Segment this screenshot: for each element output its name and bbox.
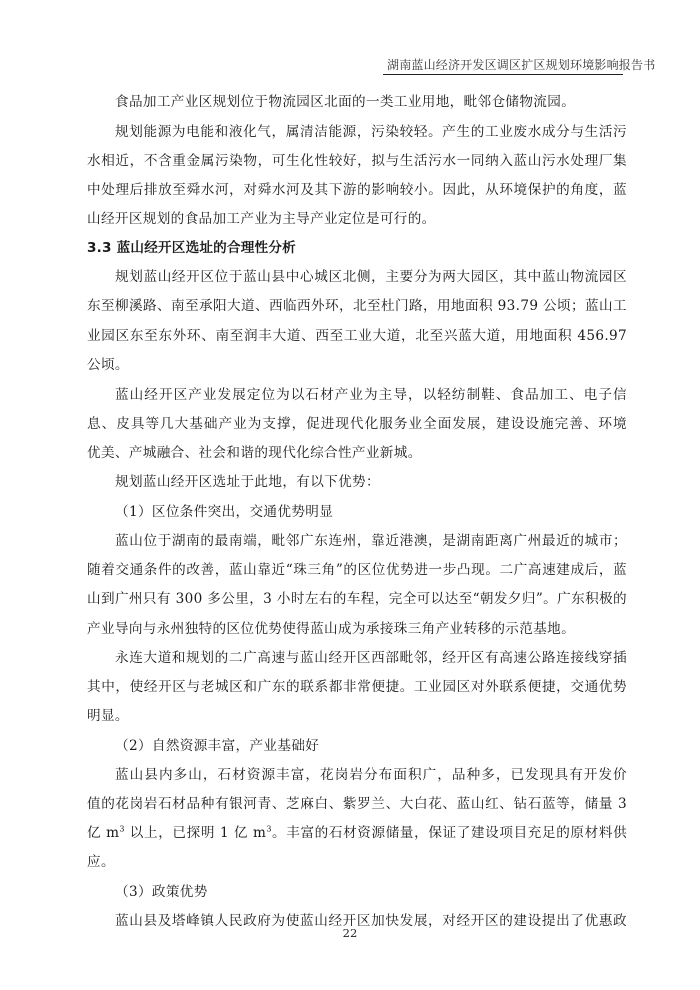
subsection-heading: （1）区位条件突出，交通优势明显 (115, 500, 333, 524)
paragraph-line: 蓝山县内多山，石材资源丰富，花岗岩分布面积广，品种多，已发现具有开发价 (115, 763, 627, 787)
paragraph-line: 息、皮具等几大基础产业为支撑，促进现代化服务业全面发展，建设设施完善、环境 (87, 412, 627, 436)
paragraph-line: 规划能源为电能和液化气，属清洁能源，污染较轻。产生的工业废水成分与生活污 (115, 120, 627, 144)
paragraph-line: 永连大道和规划的二广高速与蓝山经开区西部毗邻，经开区有高速公路连接线穿插 (115, 646, 627, 670)
subsection-heading: （3）政策优势 (115, 880, 208, 904)
paragraph-line: 亿 m3 以上，已探明 1 亿 m3。丰富的石材资源储量，保证了建设项目充足的原… (87, 821, 627, 845)
paragraph-line: 优美、产城融合、社会和谐的现代化综合性产业新城。 (87, 441, 422, 465)
paragraph-line: 蓝山经开区产业发展定位为以石材产业为主导，以轻纺制鞋、食品加工、电子信 (115, 383, 627, 407)
paragraph-line: 随着交通条件的改善，蓝山靠近“珠三角”的区位优势进一步凸现。二广高速建成后，蓝 (87, 558, 627, 582)
paragraph-line: 应。 (87, 850, 115, 874)
text-fragment: 以上，已探明 1 亿 m (125, 825, 266, 841)
paragraph-line: 水相近，不含重金属污染物，可生化性较好，拟与生活污水一同纳入蓝山污水处理厂集 (87, 149, 627, 173)
paragraph-line: 规划蓝山经开区选址于此地，有以下优势： (115, 470, 380, 494)
paragraph-line: 产业导向与永州独特的区位优势使得蓝山成为承接珠三角产业转移的示范基地。 (87, 617, 575, 641)
paragraph-line: 明显。 (87, 704, 129, 728)
paragraph-line: 值的花岗岩石材品种有银河青、芝麻白、紫罗兰、大白花、蓝山红、钻石蓝等，储量 3 (87, 792, 627, 816)
section-heading: 3.3 蓝山经开区选址的合理性分析 (87, 236, 296, 260)
paragraph-line: 其中，使经开区与老城区和广东的联系都非常便捷。工业园区对外联系便捷，交通优势 (87, 675, 627, 699)
text-fragment: 亿 m (87, 825, 119, 841)
paragraph-line: 东至柳溪路、南至承阳大道、西临西外环，北至杜门路，用地面积 93.79 公顷；蓝… (87, 294, 627, 318)
paragraph-line: 业园区东至东外环、南至润丰大道、西至工业大道，北至兴蓝大道，用地面积 456.9… (87, 324, 627, 348)
paragraph-line: 规划蓝山经开区位于蓝山县中心城区北侧，主要分为两大园区，其中蓝山物流园区 (115, 265, 627, 289)
paragraph-line: 公顷。 (87, 353, 129, 377)
page-number: 22 (0, 926, 700, 940)
report-title: 湖南蓝山经济开发区调区扩区规划环境影响报告书 (387, 56, 655, 73)
paragraph-line: 山到广州只有 300 多公里，3 小时左右的车程，完全可以达至“朝发夕归”。广东… (87, 587, 627, 611)
text-fragment: 。丰富的石材资源储量，保证了建设项目充足的原材料供 (272, 825, 627, 841)
paragraph-line: 蓝山位于湖南的最南端，毗邻广东连州，靠近港澳，是湖南距离广州最近的城市； (115, 529, 627, 553)
subsection-heading: （2）自然资源丰富，产业基础好 (115, 734, 319, 758)
paragraph-line: 中处理后排放至舜水河，对舜水河及其下游的影响较小。因此，从环境保护的角度，蓝 (87, 178, 627, 202)
paragraph-line: 山经开区规划的食品加工产业为主导产业定位是可行的。 (87, 207, 436, 231)
running-header: 湖南蓝山经济开发区调区扩区规划环境影响报告书 (383, 52, 623, 75)
paragraph-line: 食品加工产业区规划位于物流园区北面的一类工业用地，毗邻仓储物流园。 (115, 90, 575, 114)
